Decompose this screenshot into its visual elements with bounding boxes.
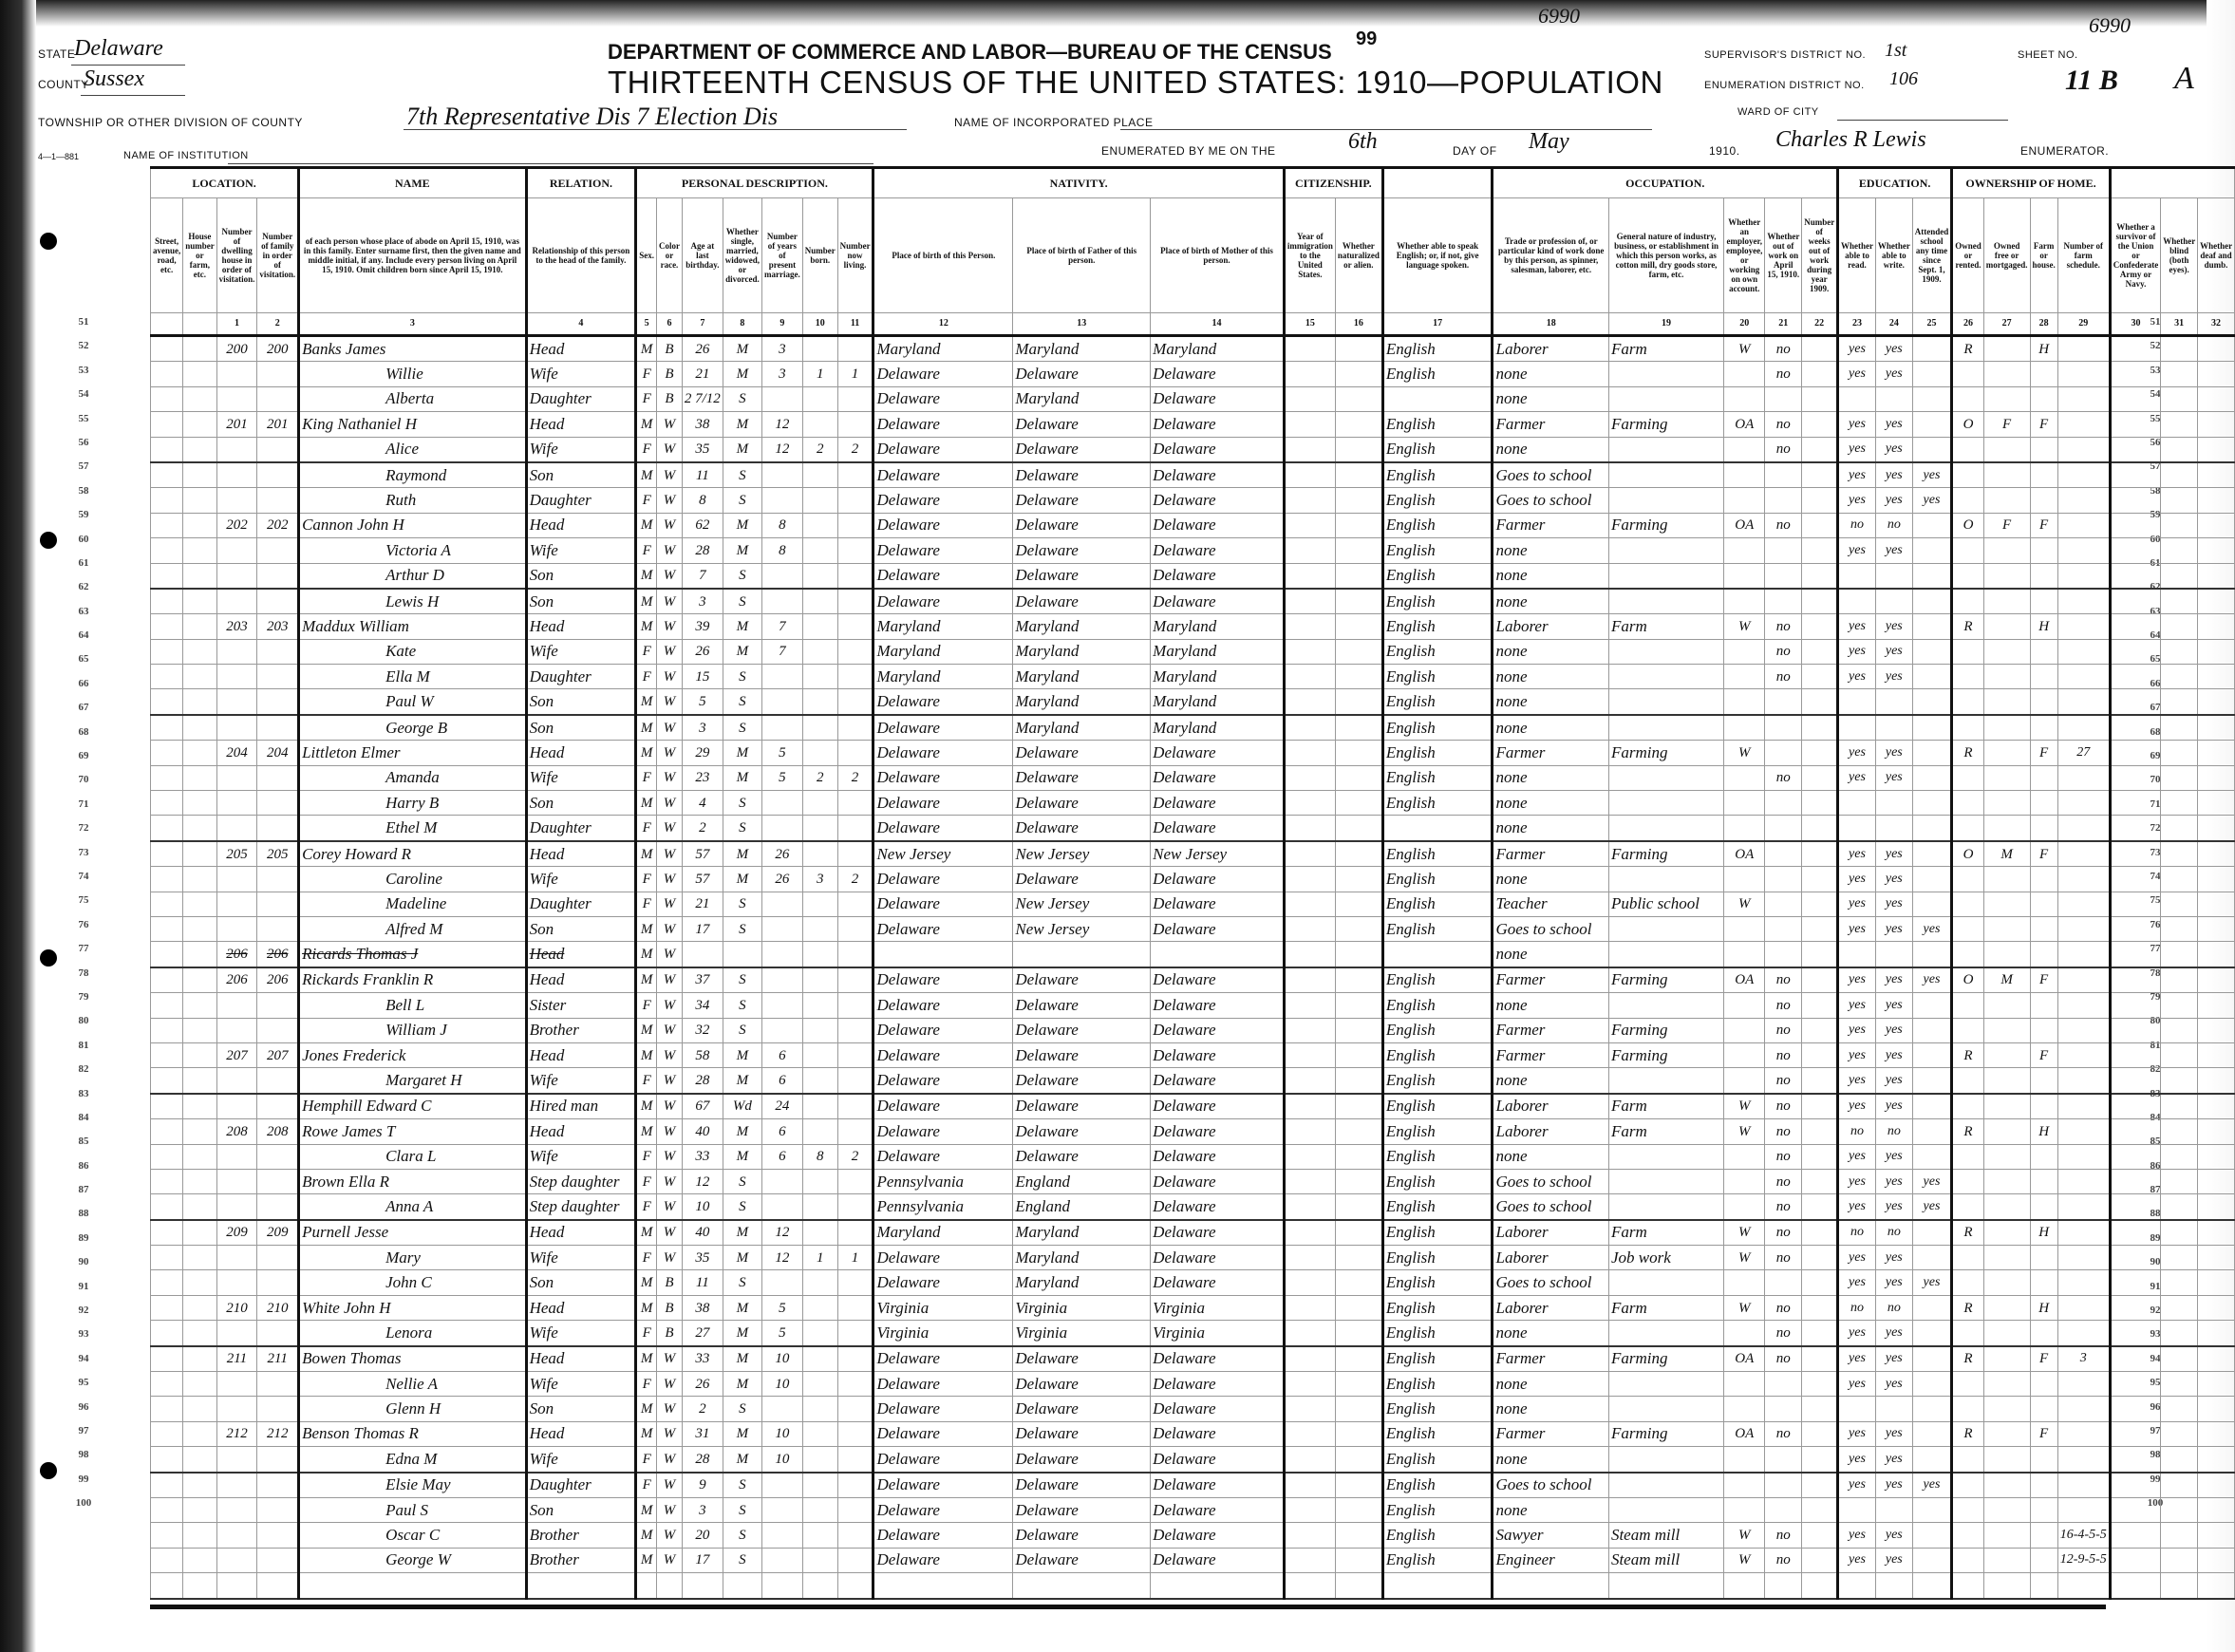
cell-street — [151, 1094, 183, 1119]
cell-nat — [1335, 1042, 1382, 1067]
line-numbers-left: 5152535455565758596061626364656667686970… — [65, 310, 103, 1516]
cell-born — [802, 841, 837, 867]
cell-blind — [2161, 1169, 2198, 1193]
cell-read: yes — [1838, 741, 1876, 765]
cell-imm — [1284, 1548, 1335, 1572]
cell-mother-pob: Delaware — [1151, 386, 1285, 411]
cell-age: 38 — [682, 1295, 723, 1320]
cell-trade: none — [1493, 1068, 1608, 1094]
cell-dwelling: 201 — [216, 412, 257, 437]
table-row: Brown Ella RStep daughterFW12SPennsylvan… — [151, 1169, 2235, 1193]
cell-blind — [2161, 1042, 2198, 1067]
cell-street — [151, 1447, 183, 1473]
cell-read: yes — [1838, 639, 1876, 664]
cell-street — [151, 1523, 183, 1548]
cell-sex: M — [636, 1548, 657, 1572]
cell-own — [1952, 488, 1984, 513]
cell-nat — [1335, 665, 1382, 689]
cell-dwelling — [216, 1548, 257, 1572]
cell-father-pob: England — [1013, 1194, 1151, 1220]
cell-write: yes — [1875, 1421, 1912, 1446]
cell-trade: none — [1493, 1321, 1608, 1346]
cell-weeks — [1802, 867, 1838, 892]
cell-free — [1983, 1119, 2030, 1144]
cell-school: yes — [1912, 1270, 1952, 1295]
cell-industry: Farming — [1608, 841, 1723, 867]
cell-write — [1875, 1397, 1912, 1421]
cell-nat — [1335, 362, 1382, 386]
cell-family — [257, 867, 299, 892]
cell-years-married: 8 — [762, 538, 803, 563]
cell-mother-pob: Delaware — [1151, 437, 1285, 462]
cell-father-pob: Maryland — [1013, 639, 1151, 664]
sheet-label: Sheet No. — [2018, 49, 2078, 61]
cell-relation: Brother — [526, 1548, 636, 1572]
cell-imm — [1284, 1042, 1335, 1067]
cell-sex: F — [636, 1169, 657, 1193]
cell-dwelling: 211 — [216, 1346, 257, 1372]
cell-sex: M — [636, 1042, 657, 1067]
cell-family: 210 — [257, 1295, 299, 1320]
cell-free — [1983, 1094, 2030, 1119]
cell-mother-pob: Delaware — [1151, 1447, 1285, 1473]
cell-house — [183, 362, 216, 386]
cell-house — [183, 1573, 216, 1599]
cell-blind — [2161, 1068, 2198, 1094]
cell-father-pob — [1013, 942, 1151, 967]
cell-blind — [2161, 841, 2198, 867]
cell-english: English — [1382, 614, 1493, 639]
cell-read: yes — [1838, 1346, 1876, 1372]
cell-sex: M — [636, 1421, 657, 1446]
cell-write: yes — [1875, 1194, 1912, 1220]
cell-age: 26 — [682, 336, 723, 362]
cell-living — [837, 1270, 873, 1295]
cell-pob: Delaware — [873, 1068, 1013, 1094]
state-label: State — [38, 47, 75, 61]
cell-deaf — [2198, 1421, 2235, 1446]
cell-marital: S — [723, 1270, 761, 1295]
cell-read — [1838, 386, 1876, 411]
cell-out-of-work — [1765, 841, 1802, 867]
cell-trade: Farmer — [1493, 1346, 1608, 1372]
cell-own: R — [1952, 1346, 1984, 1372]
cell-house — [183, 1523, 216, 1548]
cell-age — [682, 942, 723, 967]
cell-relation: Head — [526, 336, 636, 362]
cell-deaf — [2198, 1246, 2235, 1270]
cell-schedule — [2057, 1573, 2110, 1599]
binder-hole — [40, 1462, 57, 1479]
cell-house — [183, 1246, 216, 1270]
cell-house — [183, 1194, 216, 1220]
cell-years-married: 5 — [762, 765, 803, 790]
cell-family — [257, 791, 299, 816]
cell-father-pob: Virginia — [1013, 1321, 1151, 1346]
cell-family: 212 — [257, 1421, 299, 1446]
cell-street — [151, 1346, 183, 1372]
cell-relation: Wife — [526, 867, 636, 892]
cell-marital: M — [723, 1321, 761, 1346]
cell-schedule: 27 — [2057, 741, 2110, 765]
table-row: WillieWifeFB21M311DelawareDelawareDelawa… — [151, 362, 2235, 386]
cell-vet — [2110, 1295, 2160, 1320]
cell-name — [299, 1573, 526, 1599]
cell-free — [1983, 1169, 2030, 1193]
cell-out-of-work: no — [1765, 1144, 1802, 1169]
cell-name: Banks James — [299, 336, 526, 362]
cell-farm — [2030, 1270, 2057, 1295]
cell-weeks — [1802, 386, 1838, 411]
cell-relation: Wife — [526, 765, 636, 790]
cell-family — [257, 1246, 299, 1270]
cell-family — [257, 1447, 299, 1473]
cell-family — [257, 538, 299, 563]
cell-mother-pob: Delaware — [1151, 362, 1285, 386]
cell-street — [151, 589, 183, 614]
cell-farm — [2030, 916, 2057, 941]
cell-english: English — [1382, 967, 1493, 993]
cell-born — [802, 816, 837, 841]
cell-english: English — [1382, 993, 1493, 1018]
col-house: House number or farm, etc. — [183, 198, 216, 313]
line-number: 77 — [65, 937, 103, 961]
cell-sex: M — [636, 1295, 657, 1320]
cell-free — [1983, 1473, 2030, 1498]
cell-own — [1952, 1397, 1984, 1421]
cell-living — [837, 1018, 873, 1042]
cell-race: W — [657, 942, 683, 967]
underline — [1120, 129, 1652, 130]
col-race: Color or race. — [657, 198, 683, 313]
cell-age: 23 — [682, 765, 723, 790]
cell-out-of-work: no — [1765, 665, 1802, 689]
cell-employer — [1724, 942, 1765, 967]
cell-street — [151, 892, 183, 916]
cell-imm — [1284, 1119, 1335, 1144]
cell-industry — [1608, 816, 1723, 841]
cell-schedule — [2057, 1473, 2110, 1498]
cell-imm — [1284, 1018, 1335, 1042]
cell-farm — [2030, 1144, 2057, 1169]
cell-imm — [1284, 1372, 1335, 1397]
cell-read: no — [1838, 513, 1876, 537]
cell-schedule — [2057, 841, 2110, 867]
cell-read: yes — [1838, 1473, 1876, 1498]
cell-write: yes — [1875, 1068, 1912, 1094]
cell-industry — [1608, 1473, 1723, 1498]
cell-farm — [2030, 589, 2057, 614]
cell-house — [183, 892, 216, 916]
cell-trade: none — [1493, 1447, 1608, 1473]
cell-mother-pob: Maryland — [1151, 689, 1285, 715]
cell-imm — [1284, 488, 1335, 513]
cell-dwelling — [216, 1246, 257, 1270]
cell-years-married: 6 — [762, 1144, 803, 1169]
cell-deaf — [2198, 1397, 2235, 1421]
cell-age: 21 — [682, 362, 723, 386]
cell-years-married — [762, 689, 803, 715]
line-number: 80 — [65, 1009, 103, 1033]
cell-age: 40 — [682, 1119, 723, 1144]
cell-farm — [2030, 942, 2057, 967]
cell-vet — [2110, 1397, 2160, 1421]
cell-born — [802, 1321, 837, 1346]
cell-free — [1983, 1523, 2030, 1548]
cell-pob: Delaware — [873, 1421, 1013, 1446]
cell-deaf — [2198, 665, 2235, 689]
col-number: 20 — [1724, 313, 1765, 336]
cell-write: yes — [1875, 614, 1912, 639]
cell-mother-pob — [1151, 942, 1285, 967]
cell-house — [183, 1447, 216, 1473]
cell-house — [183, 589, 216, 614]
cell-farm: F — [2030, 967, 2057, 993]
cell-english: English — [1382, 1270, 1493, 1295]
cell-dwelling: 203 — [216, 614, 257, 639]
cell-house — [183, 1119, 216, 1144]
cell-family — [257, 1497, 299, 1522]
cell-blind — [2161, 639, 2198, 664]
cell-school — [1912, 867, 1952, 892]
cell-read: yes — [1838, 841, 1876, 867]
col-number: 21 — [1765, 313, 1802, 336]
cell-blind — [2161, 513, 2198, 537]
cell-imm — [1284, 1346, 1335, 1372]
cell-family — [257, 765, 299, 790]
cell-employer: W — [1724, 1295, 1765, 1320]
cell-farm: F — [2030, 513, 2057, 537]
cell-school — [1912, 1397, 1952, 1421]
cell-own — [1952, 1548, 1984, 1572]
cell-imm — [1284, 639, 1335, 664]
cell-deaf — [2198, 791, 2235, 816]
cell-years-married — [762, 1018, 803, 1042]
cell-nat — [1335, 993, 1382, 1018]
cell-years-married: 26 — [762, 867, 803, 892]
cell-out-of-work — [1765, 942, 1802, 967]
cell-age: 17 — [682, 1548, 723, 1572]
cell-out-of-work: no — [1765, 765, 1802, 790]
table-row: Ethel MDaughterFW2SDelawareDelawareDelaw… — [151, 816, 2235, 841]
cell-vet — [2110, 741, 2160, 765]
cell-english — [1382, 386, 1493, 411]
stamp-number: 6990 — [1538, 4, 1580, 28]
cell-mother-pob: Delaware — [1151, 1169, 1285, 1193]
cell-race: W — [657, 1018, 683, 1042]
cell-race — [657, 1573, 683, 1599]
cell-farm — [2030, 892, 2057, 916]
cell-free — [1983, 1321, 2030, 1346]
cell-employer — [1724, 916, 1765, 941]
cell-industry: Farm — [1608, 1094, 1723, 1119]
cell-schedule — [2057, 1421, 2110, 1446]
cell-age: 35 — [682, 1246, 723, 1270]
cell-race: W — [657, 1421, 683, 1446]
cell-imm — [1284, 942, 1335, 967]
cell-write — [1875, 715, 1912, 741]
cell-employer — [1724, 1573, 1765, 1599]
cell-name: Clara L — [299, 1144, 526, 1169]
cell-pob: Delaware — [873, 488, 1013, 513]
cell-farm — [2030, 1573, 2057, 1599]
cell-relation: Head — [526, 841, 636, 867]
cell-own: O — [1952, 412, 1984, 437]
cell-age: 27 — [682, 1321, 723, 1346]
cell-school — [1912, 538, 1952, 563]
cell-schedule — [2057, 1295, 2110, 1320]
cell-vet — [2110, 1194, 2160, 1220]
cell-blind — [2161, 1018, 2198, 1042]
cell-vet — [2110, 362, 2160, 386]
cell-read: yes — [1838, 462, 1876, 488]
cell-father-pob: Delaware — [1013, 1548, 1151, 1572]
col-number: 2 — [257, 313, 299, 336]
cell-deaf — [2198, 538, 2235, 563]
cell-write — [1875, 942, 1912, 967]
cell-schedule — [2057, 715, 2110, 741]
cell-blind — [2161, 791, 2198, 816]
cell-deaf — [2198, 967, 2235, 993]
cell-marital: S — [723, 665, 761, 689]
cell-blind — [2161, 1270, 2198, 1295]
cell-dwelling — [216, 765, 257, 790]
cell-blind — [2161, 1246, 2198, 1270]
cell-farm — [2030, 1473, 2057, 1498]
table-row: 206206Ricards Thomas JHeadMWnone — [151, 942, 2235, 967]
line-number: 90 — [65, 1250, 103, 1274]
state-value: Delaware — [74, 36, 163, 62]
cell-age: 38 — [682, 412, 723, 437]
cell-english: English — [1382, 689, 1493, 715]
cell-house — [183, 1094, 216, 1119]
cell-born — [802, 639, 837, 664]
cell-deaf — [2198, 1497, 2235, 1522]
cell-relation: Brother — [526, 1523, 636, 1548]
cell-school: yes — [1912, 1473, 1952, 1498]
cell-english: English — [1382, 741, 1493, 765]
cell-age: 37 — [682, 967, 723, 993]
cell-imm — [1284, 462, 1335, 488]
cell-race: W — [657, 488, 683, 513]
cell-schedule — [2057, 1497, 2110, 1522]
cell-relation: Wife — [526, 362, 636, 386]
cell-dwelling — [216, 1473, 257, 1498]
cell-imm — [1284, 1473, 1335, 1498]
cell-english — [1382, 942, 1493, 967]
cell-employer: W — [1724, 614, 1765, 639]
cell-living — [837, 1346, 873, 1372]
cell-own: O — [1952, 841, 1984, 867]
cell-born — [802, 993, 837, 1018]
cell-own — [1952, 462, 1984, 488]
cell-schedule — [2057, 563, 2110, 589]
cell-school — [1912, 841, 1952, 867]
cell-name: Raymond — [299, 462, 526, 488]
table-row: AmandaWifeFW23M522DelawareDelawareDelawa… — [151, 765, 2235, 790]
cell-family: 201 — [257, 412, 299, 437]
county-value: Sussex — [84, 66, 144, 92]
cell-street — [151, 437, 183, 462]
cell-farm — [2030, 867, 2057, 892]
cell-own — [1952, 1473, 1984, 1498]
cell-industry — [1608, 942, 1723, 967]
cell-father-pob: Delaware — [1013, 563, 1151, 589]
cell-imm — [1284, 437, 1335, 462]
cell-out-of-work: no — [1765, 513, 1802, 537]
cell-born: 2 — [802, 765, 837, 790]
cell-english: English — [1382, 867, 1493, 892]
col-number: 29 — [2057, 313, 2110, 336]
cell-weeks — [1802, 589, 1838, 614]
cell-years-married — [762, 1194, 803, 1220]
cell-vet — [2110, 1119, 2160, 1144]
cell-employer — [1724, 1321, 1765, 1346]
cell-weeks — [1802, 1042, 1838, 1067]
cell-weeks — [1802, 1018, 1838, 1042]
cell-relation: Head — [526, 1042, 636, 1067]
cell-trade: none — [1493, 791, 1608, 816]
cell-race: W — [657, 765, 683, 790]
cell-trade: Goes to school — [1493, 488, 1608, 513]
cell-mother-pob: Virginia — [1151, 1321, 1285, 1346]
cell-free — [1983, 1573, 2030, 1599]
cell-mother-pob: Delaware — [1151, 1246, 1285, 1270]
cell-living: 1 — [837, 1246, 873, 1270]
cell-race: W — [657, 462, 683, 488]
table-row: Bell LSisterFW34SDelawareDelawareDelawar… — [151, 993, 2235, 1018]
col-pob: Place of birth of this Person. — [873, 198, 1013, 313]
cell-english: English — [1382, 1346, 1493, 1372]
line-number: 85 — [65, 1130, 103, 1154]
cell-industry: Steam mill — [1608, 1523, 1723, 1548]
cell-english: English — [1382, 1497, 1493, 1522]
cell-out-of-work — [1765, 867, 1802, 892]
cell-out-of-work: no — [1765, 362, 1802, 386]
cell-mother-pob: Delaware — [1151, 1372, 1285, 1397]
cell-industry: Farm — [1608, 1220, 1723, 1246]
cell-dwelling — [216, 1397, 257, 1421]
cell-family — [257, 665, 299, 689]
table-row: Anna AStep daughterFW10SPennsylvaniaEngl… — [151, 1194, 2235, 1220]
cell-house — [183, 1548, 216, 1572]
cell-race: W — [657, 791, 683, 816]
cell-english: English — [1382, 1473, 1493, 1498]
page-number: 99 — [1356, 28, 1377, 50]
cell-own — [1952, 1068, 1984, 1094]
cell-dwelling — [216, 639, 257, 664]
cell-race: W — [657, 1220, 683, 1246]
cell-own — [1952, 689, 1984, 715]
cell-write: no — [1875, 1295, 1912, 1320]
cell-employer: W — [1724, 1548, 1765, 1572]
cell-born — [802, 715, 837, 741]
cell-write: yes — [1875, 538, 1912, 563]
cell-sex: M — [636, 942, 657, 967]
col-number: 4 — [526, 313, 636, 336]
cell-blind — [2161, 867, 2198, 892]
cell-own: R — [1952, 1220, 1984, 1246]
col-children-born: Number born. — [802, 198, 837, 313]
cell-industry — [1608, 362, 1723, 386]
cell-age: 32 — [682, 1018, 723, 1042]
cell-born — [802, 614, 837, 639]
cell-weeks — [1802, 336, 1838, 362]
cell-marital: M — [723, 1068, 761, 1094]
cell-employer — [1724, 791, 1765, 816]
cell-pob: New Jersey — [873, 841, 1013, 867]
cell-pob: Maryland — [873, 1220, 1013, 1246]
